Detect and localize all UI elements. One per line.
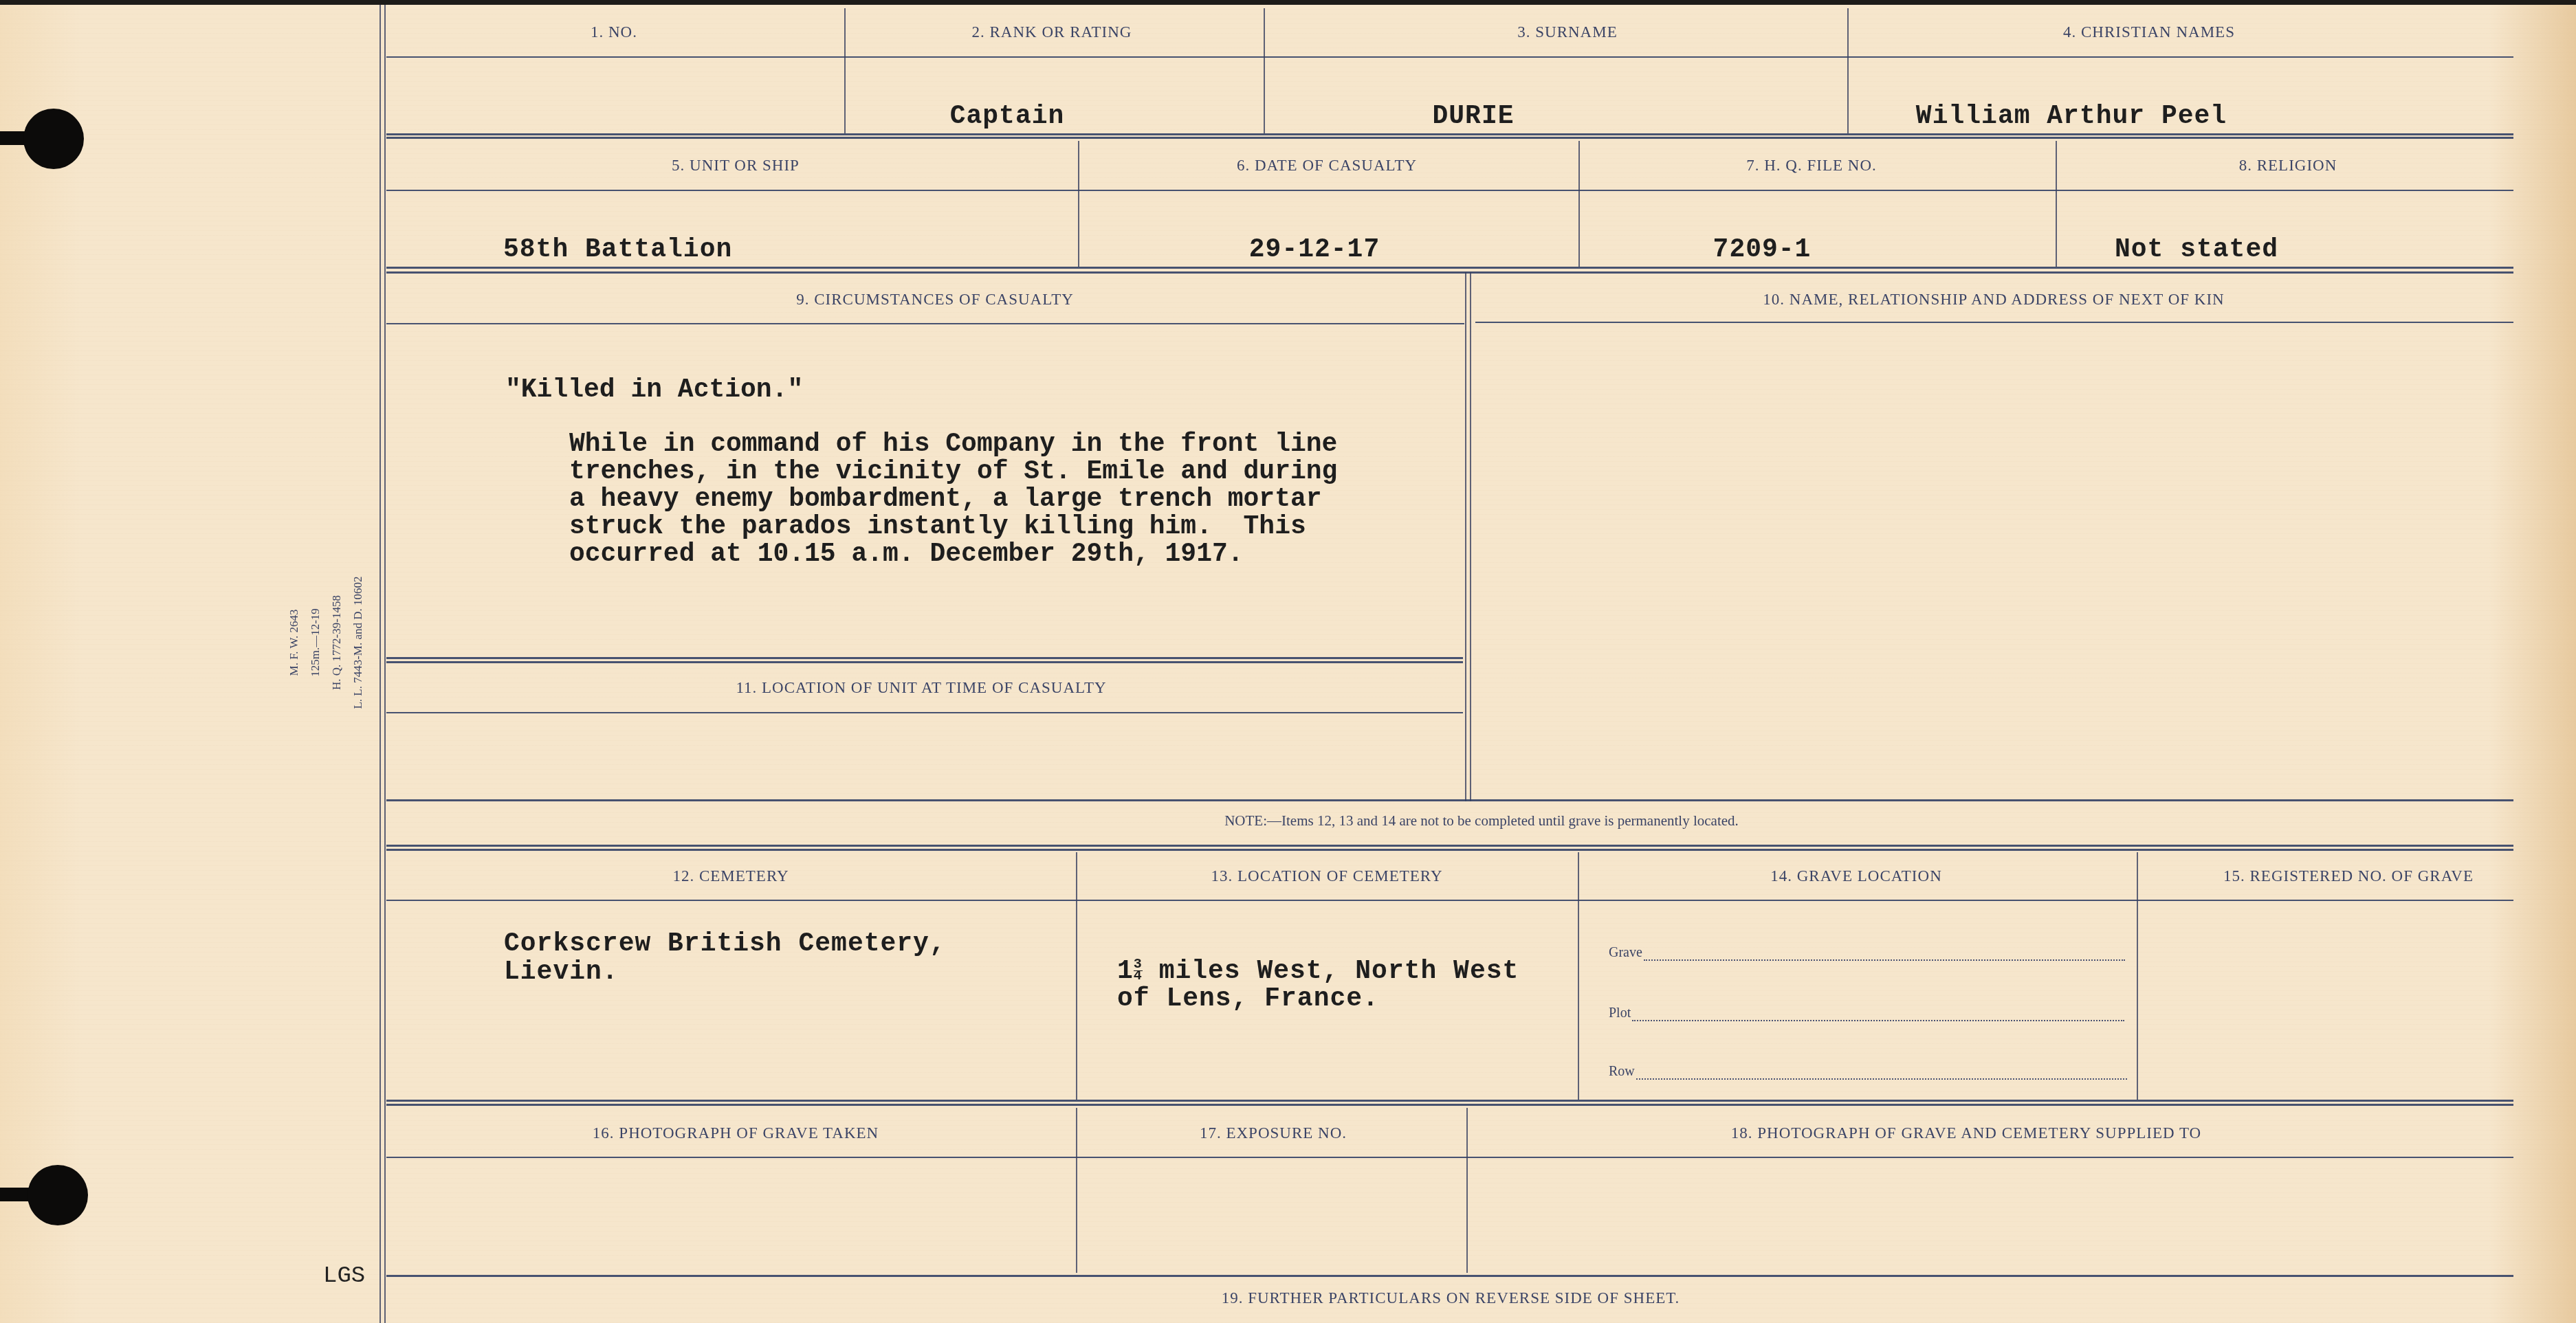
field-christian-names-value: William Arthur Peel — [1916, 102, 2227, 131]
field-photo-supplied-label: 18. Photograph of Grave and Cemetery Sup… — [1731, 1124, 2201, 1142]
rule — [386, 190, 2513, 191]
field-location-of-unit-label: 11. Location of Unit at Time of Casualty — [736, 679, 1106, 697]
row-field-label: Row — [1609, 1064, 1635, 1080]
row-field: Row — [1609, 1064, 2127, 1080]
print-code-line-2: 125m.—12-19 — [305, 529, 326, 756]
field-surname-value: DURIE — [1432, 102, 1514, 131]
circumstances-heading: "Killed in Action." — [505, 377, 803, 404]
field-rank-value: Captain — [950, 102, 1065, 131]
divider — [1264, 8, 1265, 133]
field-rank-label: 2. Rank or Rating — [972, 23, 1132, 41]
field-registered-no-label: 15. Registered No. of Grave — [2223, 867, 2474, 885]
field-religion-value: Not stated — [2115, 235, 2278, 265]
grave-field: Grave — [1609, 945, 2125, 961]
rule — [386, 845, 2513, 847]
punch-hole-bottom — [27, 1165, 88, 1225]
form-print-code: M. F. W. 2643 125m.—12-19 H. Q. 1772-39-… — [283, 529, 368, 756]
divider — [1078, 141, 1079, 267]
field-hq-file-label: 7. H. Q. File No. — [1746, 157, 1877, 175]
divider — [1470, 272, 1471, 801]
distance-fraction: 34 — [1134, 959, 1143, 982]
field-cemetery-label: 12. Cemetery — [672, 867, 789, 885]
circumstances-text: While in command of his Company in the f… — [569, 431, 1337, 568]
grave-field-line — [1644, 947, 2125, 961]
field-unit-label: 5. Unit or Ship — [672, 157, 800, 175]
rule — [386, 1100, 2513, 1102]
rule — [386, 657, 1463, 659]
rule — [386, 712, 1463, 713]
distance-rest: miles West, North West — [1143, 957, 1519, 986]
rule — [386, 799, 2513, 801]
rule — [386, 1275, 2513, 1277]
divider — [1578, 852, 1579, 1100]
divider — [1076, 1108, 1077, 1273]
rule — [386, 661, 1463, 663]
print-code-line-3: H. Q. 1772-39-1458 — [326, 529, 347, 756]
divider — [1466, 1108, 1468, 1273]
divider — [1578, 141, 1580, 267]
plot-field-line — [1632, 1008, 2124, 1021]
clerk-initials: LGS — [323, 1263, 365, 1289]
rule — [386, 137, 2513, 139]
field-grave-location-label: 14. Grave Location — [1770, 867, 1942, 885]
field-cemetery-line-2: Lievin. — [504, 957, 619, 987]
grave-field-label: Grave — [1609, 945, 1642, 961]
field-surname-label: 3. Surname — [1517, 23, 1617, 41]
field-unit-value: 58th Battalion — [503, 235, 732, 265]
rule — [386, 133, 2513, 135]
row-field-line — [1636, 1066, 2127, 1080]
scan-top-edge — [0, 0, 2576, 5]
field-date-label: 6. Date of Casualty — [1237, 157, 1417, 175]
field-location-of-cemetery-label: 13. Location of Cemetery — [1211, 867, 1442, 885]
field-location-of-cemetery-line-1: 134 miles West, North West — [1117, 957, 1519, 986]
field-religion-label: 8. Religion — [2239, 157, 2337, 175]
left-border-outer — [379, 5, 381, 1323]
further-particulars-label: 19. Further Particulars on Reverse Side … — [1222, 1289, 1680, 1307]
print-code-line-4: L. L. 7443-M. and D. 10602 — [347, 529, 368, 756]
left-border-inner — [384, 5, 386, 1323]
rule — [386, 56, 2513, 58]
plot-field-label: Plot — [1609, 1005, 1631, 1021]
rule — [386, 267, 2513, 269]
field-location-of-cemetery-line-2: of Lens, France. — [1117, 984, 1379, 1014]
print-code-line-1: M. F. W. 2643 — [283, 529, 305, 756]
rule — [386, 1157, 2513, 1158]
divider — [844, 8, 846, 133]
punch-hole-top — [23, 109, 84, 169]
plot-field: Plot — [1609, 1005, 2124, 1021]
divider — [2056, 141, 2057, 267]
field-cemetery-line-1: Corkscrew British Cemetery, — [504, 929, 946, 959]
rule — [386, 271, 2513, 274]
divider — [1847, 8, 1849, 133]
field-date-value: 29-12-17 — [1249, 235, 1380, 265]
divider — [1076, 852, 1077, 1100]
field-photo-taken-label: 16. Photograph of Grave Taken — [593, 1124, 879, 1142]
fraction-denominator: 4 — [1134, 971, 1143, 982]
field-christian-names-label: 4. Christian Names — [2063, 23, 2235, 41]
field-circumstances-label: 9. Circumstances of Casualty — [796, 291, 1074, 309]
field-next-of-kin-label: 10. Name, Relationship and Address of Ne… — [1763, 291, 2224, 309]
rule — [386, 900, 2513, 901]
rule — [386, 1104, 2513, 1106]
distance-whole: 1 — [1117, 957, 1134, 986]
field-no-label: 1. No. — [591, 23, 637, 41]
field-exposure-no-label: 17. Exposure No. — [1200, 1124, 1347, 1142]
rule — [386, 323, 1464, 324]
divider — [1465, 272, 1466, 801]
rule — [386, 849, 2513, 851]
divider — [2137, 852, 2138, 1100]
field-hq-file-value: 7209-1 — [1713, 235, 1812, 265]
completion-note: NOTE:—Items 12, 13 and 14 are not to be … — [1224, 812, 1739, 830]
rule — [1475, 322, 2513, 323]
